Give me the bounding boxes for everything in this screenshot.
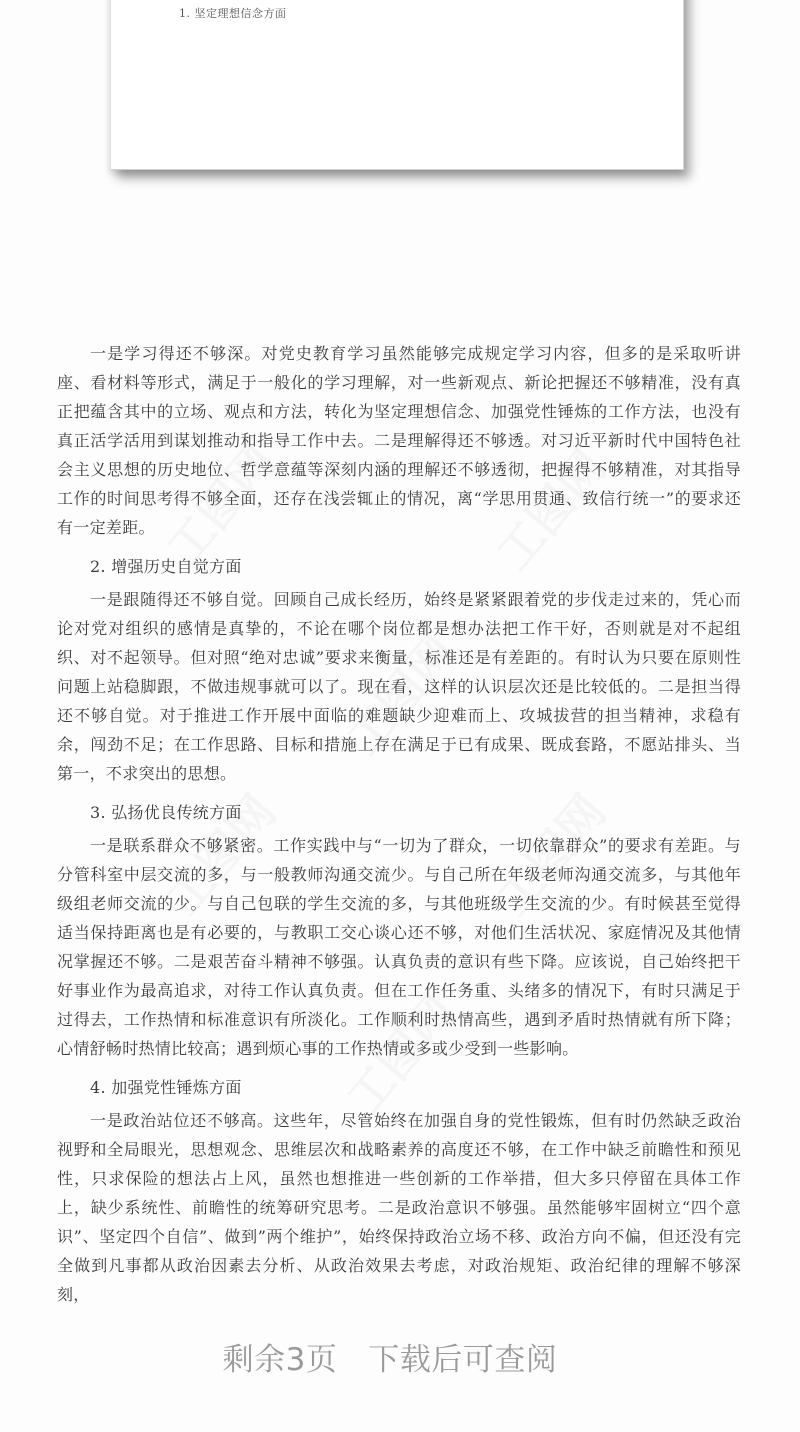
document-body: 一是学习得还不够深。对党史教育学习虽然能够完成规定学习内容，但多的是采取听讲座、… [57,339,741,1309]
section-4-paragraph: 一是政治站位还不够高。这些年，尽管始终在加强自身的党性锻炼，但有时仍然缺乏政治视… [57,1106,741,1309]
preview-section-heading: 1. 坚定理想信念方面 [179,5,287,21]
section-3-paragraph: 一是联系群众不够紧密。工作实践中与“一切为了群众，一切依靠群众”的要求有差距。与… [57,831,741,1063]
section-2-heading: 2. 增强历史自觉方面 [57,552,741,581]
page-preview-card: 1. 坚定理想信念方面 [111,0,684,170]
remaining-pages-notice[interactable]: 剩余3页 下载后可查阅 [0,1334,780,1379]
section-1-paragraph: 一是学习得还不够深。对党史教育学习虽然能够完成规定学习内容，但多的是采取听讲座、… [57,339,741,542]
section-3-heading: 3. 弘扬优良传统方面 [57,798,741,827]
section-2-paragraph: 一是跟随得还不够自觉。回顾自己成长经历，始终是紧紧跟着党的步伐走过来的，凭心而论… [57,585,741,788]
section-4-heading: 4. 加强党性锤炼方面 [57,1073,741,1102]
